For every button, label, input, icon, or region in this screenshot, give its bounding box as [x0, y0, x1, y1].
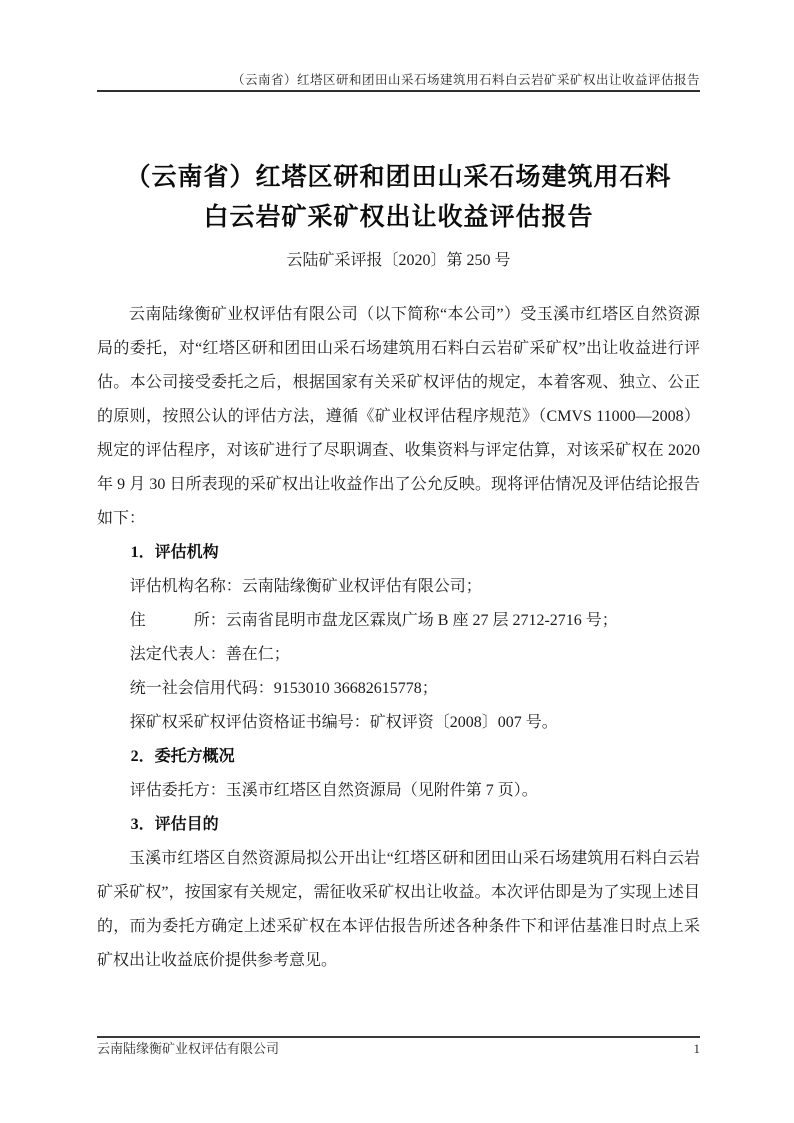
intro-paragraph: 云南陆缘衡矿业权评估有限公司（以下简称“本公司”）受玉溪市红塔区自然资源局的委托… — [97, 298, 700, 536]
running-header-title: （云南省）红塔区研和团田山采石场建筑用石料白云岩矿采矿权出让收益评估报告 — [232, 73, 700, 87]
document-title: （云南省）红塔区研和团田山采石场建筑用石料 白云岩矿采矿权出让收益评估报告 — [97, 158, 700, 238]
section-3-paragraph: 玉溪市红塔区自然资源局拟公开出让“红塔区研和团田山采石场建筑用石料白云岩矿采矿权… — [97, 842, 700, 978]
section-2-heading: 2．委托方概况 — [97, 740, 700, 774]
section-3-heading: 3．评估目的 — [97, 808, 700, 842]
document-number: 云陆矿采评报〔2020〕第 250 号 — [97, 251, 700, 271]
title-block: （云南省）红塔区研和团田山采石场建筑用石料 白云岩矿采矿权出让收益评估报告 云陆… — [97, 158, 700, 271]
report-body: 云南陆缘衡矿业权评估有限公司（以下简称“本公司”）受玉溪市红塔区自然资源局的委托… — [97, 298, 700, 978]
section-1-line-address: 住 所：云南省昆明市盘龙区霖岚广场 B 座 27 层 2712-2716 号； — [97, 604, 700, 638]
document-page: （云南省）红塔区研和团田山采石场建筑用石料白云岩矿采矿权出让收益评估报告 （云南… — [0, 0, 794, 1123]
section-1-heading: 1．评估机构 — [97, 536, 700, 570]
section-2-line-client: 评估委托方：玉溪市红塔区自然资源局（见附件第 7 页）。 — [97, 774, 700, 808]
running-header: （云南省）红塔区研和团田山采石场建筑用石料白云岩矿采矿权出让收益评估报告 — [97, 0, 700, 92]
section-1-line-credit-code: 统一社会信用代码：9153010 36682615778； — [97, 672, 700, 706]
footer-company-name: 云南陆缘衡矿业权评估有限公司 — [97, 1041, 279, 1057]
section-1-line-agency-name: 评估机构名称：云南陆缘衡矿业权评估有限公司； — [97, 570, 700, 604]
title-line-2: 白云岩矿采矿权出让收益评估报告 — [203, 204, 593, 231]
title-line-1: （云南省）红塔区研和团田山采石场建筑用石料 — [125, 164, 671, 191]
section-1-line-legal-representative: 法定代表人：善在仁； — [97, 638, 700, 672]
page-footer: 云南陆缘衡矿业权评估有限公司 1 — [97, 1036, 700, 1057]
section-1-line-certificate-number: 探矿权采矿权评估资格证书编号：矿权评资〔2008〕007 号。 — [97, 706, 700, 740]
footer-page-number: 1 — [694, 1041, 701, 1057]
